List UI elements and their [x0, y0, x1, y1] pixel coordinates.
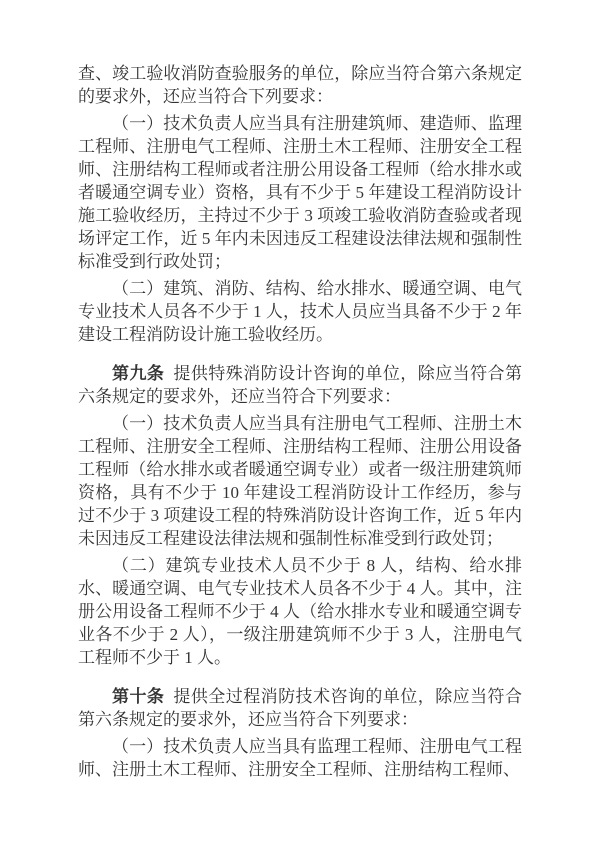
paragraph-item-1: （一）技术负责人应当具有注册电气工程师、注册土木工程师、注册安全工程师、注册结构…	[78, 412, 522, 550]
document-page: 查、竣工验收消防查验服务的单位，除应当符合第六条规定的要求外，还应当符合下列要求…	[0, 0, 600, 848]
paragraph-text: （二）建筑、消防、结构、给水排水、暖通空调、电气专业技术人员各不少于 1 人，技…	[78, 279, 522, 344]
paragraph-article-10: 第十条提供全过程消防技术咨询的单位，除应当符合第六条规定的要求外，还应当符合下列…	[78, 685, 522, 731]
article-number: 第十条	[112, 687, 164, 706]
paragraph-text: （一）技术负责人应当具有注册建筑师、建造师、监理工程师、注册电气工程师、注册土木…	[78, 114, 522, 271]
paragraph-text: （二）建筑专业技术人员不少于 8 人，结构、给水排水、暖通空调、电气专业技术人员…	[78, 556, 522, 667]
paragraph-text: 查、竣工验收消防查验服务的单位，除应当符合第六条规定的要求外，还应当符合下列要求…	[78, 64, 522, 106]
paragraph-text: （一）技术负责人应当具有注册电气工程师、注册土木工程师、注册安全工程师、注册结构…	[78, 414, 522, 548]
paragraph-item-2: （二）建筑、消防、结构、给水排水、暖通空调、电气专业技术人员各不少于 1 人，技…	[78, 277, 522, 346]
paragraph-text: （一）技术负责人应当具有监理工程师、注册电气工程师、注册土木工程师、注册安全工程…	[78, 737, 522, 779]
document-body: 查、竣工验收消防查验服务的单位，除应当符合第六条规定的要求外，还应当符合下列要求…	[78, 62, 522, 781]
paragraph-item-2: （二）建筑专业技术人员不少于 8 人，结构、给水排水、暖通空调、电气专业技术人员…	[78, 554, 522, 669]
paragraph-item-1: （一）技术负责人应当具有监理工程师、注册电气工程师、注册土木工程师、注册安全工程…	[78, 735, 522, 781]
paragraph-article-9: 第九条提供特殊消防设计咨询的单位，除应当符合第六条规定的要求外，还应当符合下列要…	[78, 362, 522, 408]
paragraph-item-1: （一）技术负责人应当具有注册建筑师、建造师、监理工程师、注册电气工程师、注册土木…	[78, 112, 522, 273]
article-number: 第九条	[112, 364, 164, 383]
paragraph-continuation: 查、竣工验收消防查验服务的单位，除应当符合第六条规定的要求外，还应当符合下列要求…	[78, 62, 522, 108]
